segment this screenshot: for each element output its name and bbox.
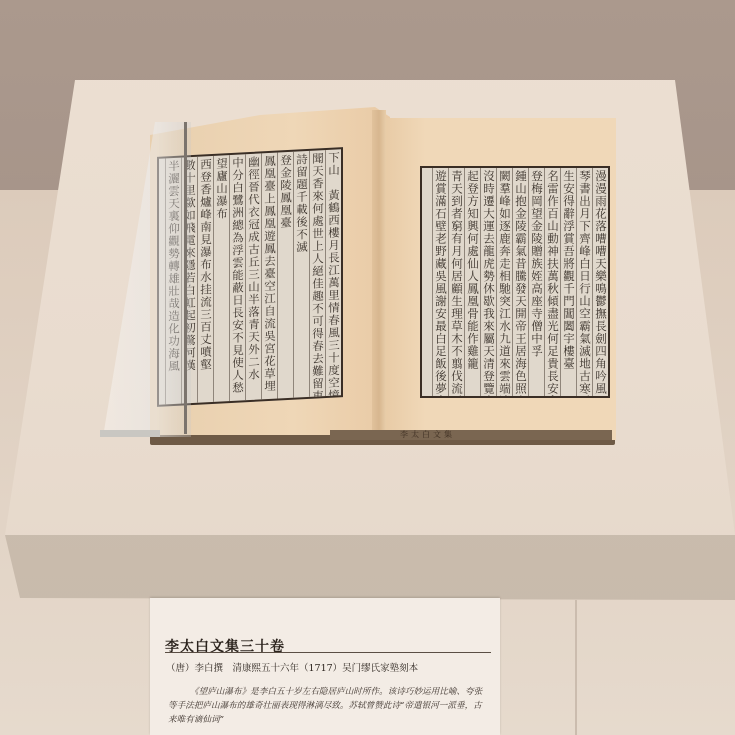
floor-seam (575, 600, 577, 735)
text-column: 遊賞滿石壁老野藏吳風謝安最白足飯後夢宿一 (432, 168, 448, 396)
text-column: 詩留題千載後不滅 (293, 151, 309, 398)
text-column: 中分白鷺洲總為浮雲能蔽日長安不見使人愁 (229, 154, 245, 401)
text-column: 幽徑晉代衣冠成古丘三山半落青天外二水 (245, 153, 261, 400)
text-column: 西登香爐峰南見瀑布水挂流三百丈噴壑 (197, 156, 213, 403)
acrylic-stand-base (100, 430, 160, 437)
label-title: 李太白文集三十卷 (165, 636, 285, 656)
label-description: 《望庐山瀑布》是李白五十岁左右隐居庐山时所作。该诗巧妙运用比喻、夸张等手法把庐山… (168, 685, 490, 727)
text-column: 沒時遷大運去龍虎勢休歇我來屬天清登覽窮 (480, 168, 496, 396)
text-column: 下山 黃鶴西樓月長江萬里情春風三十度空憶武昌城 (325, 149, 341, 396)
text-column: 起登方知興何處仙人鳳凰骨能作雞籠 (464, 168, 480, 396)
text-column: 望廬山瀑布 (213, 155, 229, 402)
acrylic-stand-edge (184, 122, 187, 434)
text-column: 青天到者窮有月何居顧生理草木不翦伐流雲引 (448, 168, 464, 396)
text-column: 鳳凰臺上鳳凰遊鳳去臺空江自流吳宮花草埋 (261, 153, 277, 400)
text-column: 琴書出月下齊峰白日行山空霸氣滅地古寒雲 (576, 168, 592, 396)
text-column: 闕羣峰如逐鹿奔走相馳突江水九道來雲端遙明 (496, 168, 512, 396)
label-divider (165, 652, 491, 653)
label-subtitle: （唐）李白撰 清康熙五十六年（1717）吴门缪氏家塾刻本 (166, 660, 418, 674)
book-spine-fold (372, 110, 386, 435)
book-bottom-edge (330, 430, 612, 440)
right-page-text-block: 漫漫雨花落嘈嘈天樂鳴鬱撫長劍四角吟風琴書出月下齊峰白日行山空霸氣滅地古寒雲生安得… (420, 166, 610, 398)
text-column: 鍾山抱金陵霸氣昔騰發天開帝王居海色照宮 (512, 168, 528, 396)
text-column: 聞天香來何處世上人絕佳趣不可得春去難留東風 (309, 150, 325, 397)
text-column: 登梅岡望金陵贈族姪高座寺僧中孚 (528, 168, 544, 396)
book-edge-title: 李太白文集 (400, 430, 455, 440)
text-column: 生安得辭浮賞吾將觀千門閶闔宇樓臺 (560, 168, 576, 396)
text-column: 名雷作百山動神扶萬秋傾盡光何足貴長安京 (544, 168, 560, 396)
text-column: 漫漫雨花落嘈嘈天樂鳴鬱撫長劍四角吟風 (592, 168, 608, 396)
text-column: 登金陵鳳凰臺 (277, 152, 293, 399)
